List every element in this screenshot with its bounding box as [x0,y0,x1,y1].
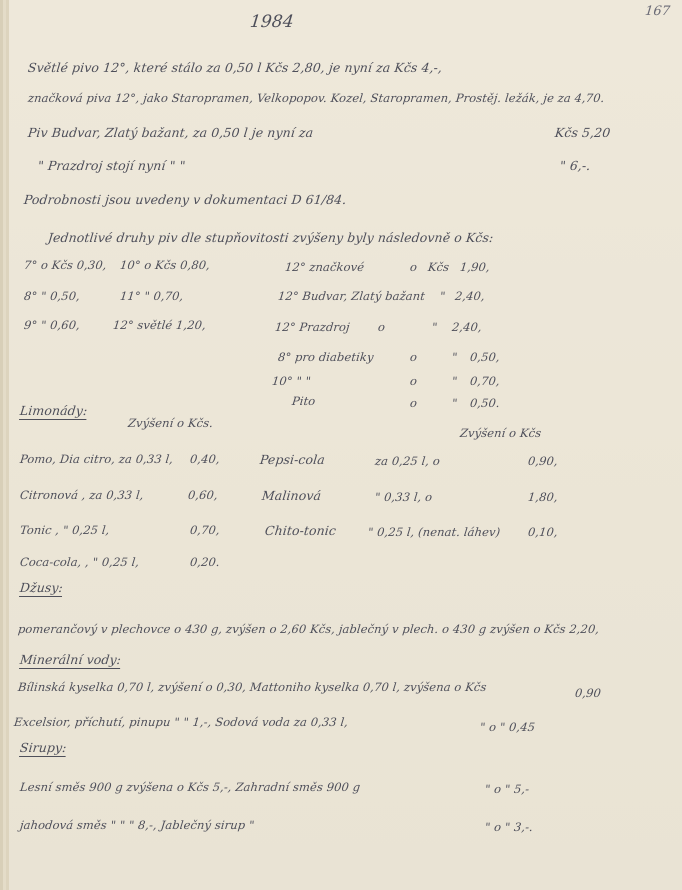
lemonade-row-3-right-name: Chito-tonic [264,523,337,538]
syrup-line-2: jahodová směs " " " 8,-, Jablečný sirup … [19,818,255,832]
increase-12deg-light: 12° světlé 1,20, [112,318,206,332]
mineral-water-line-2: Excelsior, příchutí, pinupu " " 1,-, Sod… [13,715,349,729]
increase-mark: o [409,374,418,388]
lemonade-row-1-right-name: Pepsi-cola [259,452,325,467]
increase-value: 2,40, [451,320,482,334]
beer-increase-intro: Jednotlivé druhy piv dle stupňovitosti z… [47,230,494,245]
increase-10deg-diabetic: 10° " " [271,374,311,388]
lemonade-row-2-name: Citronová , za 0,33 l, [19,488,144,502]
beer-line-4-value: " 6,-. [559,158,591,173]
lemonades-col-header-right: Zvýšení o Kčs [459,426,542,440]
mineral-water-line-1: Bílinská kyselka 0,70 l, zvýšení o 0,30,… [17,680,487,694]
increase-unit: " [451,350,458,364]
lemonades-heading: Limonády: [19,403,88,418]
increase-mark: o [409,260,418,274]
increase-value: 2,40, [454,289,485,303]
beer-line-1: Světlé pivo 12°, které stálo za 0,50 l K… [27,60,443,75]
beer-line-3-value: Kčs 5,20 [554,125,611,140]
lemonade-row-2-right-name: Malinová [261,488,322,503]
mineral-waters-heading: Minerální vody: [19,652,122,667]
increase-10deg: 10° o Kčs 0,80, [119,258,210,272]
juices-heading: Džusy: [19,580,64,595]
ledger-page: 1984 167 Světlé pivo 12°, které stálo za… [0,0,682,890]
syrups-heading: Sirupy: [19,740,67,755]
increase-8deg-diabetic: 8° pro diabetiky [277,350,374,364]
lemonade-row-2-right-value: 1,80, [527,490,558,504]
beer-line-4: " Prazdroj stojí nyní " " [37,158,186,173]
increase-unit: " [431,320,438,334]
mineral-water-line-1-value: 0,90 [574,686,601,700]
increase-mark: o [409,350,418,364]
increase-11deg: 11° " 0,70, [119,289,184,303]
beer-line-2: značková piva 12°, jako Staropramen, Vel… [27,91,605,105]
lemonade-row-3-right-value: 0,10, [527,525,558,539]
increase-7deg: 7° o Kčs 0,30, [23,258,107,272]
increase-12deg-brand: 12° značkové [284,260,365,274]
lemonade-row-3-right-qty: " 0,25 l, (nenat. láhev) [367,525,501,539]
lemonade-row-4-value: 0,20. [189,555,220,569]
syrup-line-1-value: " o " 5,- [484,782,530,796]
page-year: 1984 [249,12,295,32]
lemonade-row-2-value: 0,60, [187,488,218,502]
lemonade-row-3-name: Tonic , " 0,25 l, [19,523,110,537]
lemonade-row-3-value: 0,70, [189,523,220,537]
increase-12deg-prazdroj: 12° Prazdroj [274,320,350,334]
increase-value: 0,50. [469,396,500,410]
beer-documentation-note: Podrobnosti jsou uvedeny v dokumentaci D… [23,192,347,207]
juices-line: pomerančový v plechovce o 430 g, zvýšen … [17,622,600,636]
lemonade-row-1-name: Pomo, Dia citro, za 0,33 l, [19,452,174,466]
increase-unit: Kčs [427,260,450,274]
increase-9deg: 9° " 0,60, [23,318,80,332]
increase-8deg: 8° " 0,50, [23,289,80,303]
increase-value: 0,50, [469,350,500,364]
increase-value: 0,70, [469,374,500,388]
syrup-line-1: Lesní směs 900 g zvýšena o Kčs 5,-, Zahr… [19,780,361,794]
increase-mark: o [409,396,418,410]
increase-mark: o [377,320,386,334]
mineral-water-line-2-value: " o " 0,45 [479,720,536,734]
increase-unit: " [451,374,458,388]
increase-unit: " [439,289,446,303]
beer-line-3: Piv Budvar, Zlatý bažant, za 0,50 l je n… [27,125,314,140]
increase-unit: " [451,396,458,410]
lemonade-row-1-value: 0,40, [189,452,220,466]
lemonade-row-2-right-qty: " 0,33 l, o [374,490,433,504]
lemonades-col-header-left: Zvýšení o Kčs. [127,416,213,430]
increase-value: 1,90, [459,260,490,274]
page-number: 167 [644,4,671,19]
syrup-line-2-value: " o " 3,-. [484,820,533,834]
increase-pito: Pito [291,394,316,408]
lemonade-row-1-right-qty: za 0,25 l, o [374,454,440,468]
lemonade-row-1-right-value: 0,90, [527,454,558,468]
lemonade-row-4-name: Coca-cola, , " 0,25 l, [19,555,140,569]
increase-12deg-budvar: 12° Budvar, Zlatý bažant [277,289,425,303]
